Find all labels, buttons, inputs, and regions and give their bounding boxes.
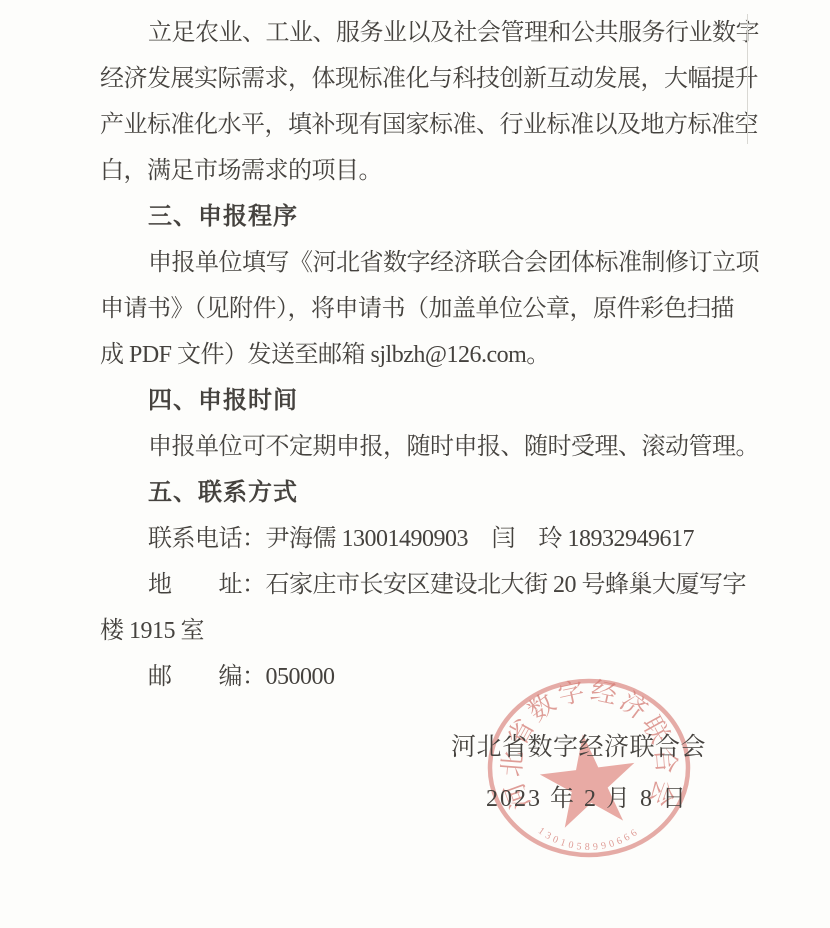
- scan-edge-artifact: [747, 14, 748, 144]
- paragraph-line: 申报单位可不定期申报，随时申报、随时受理、滚动管理。: [100, 420, 768, 466]
- paragraph-line: 申报单位填写《河北省数字经济联合会团体标准制修订立项: [100, 236, 768, 282]
- scanned-document-page: 立足农业、工业、服务业以及社会管理和公共服务行业数字 经济发展实际需求，体现标准…: [0, 0, 830, 928]
- signature-organization: 河北省数字经济联合会: [451, 727, 706, 763]
- paragraph-line: 申请书》（见附件），将申请书（加盖单位公章，原件彩色扫描: [100, 282, 768, 328]
- paragraph-line: 产业标准化水平，填补现有国家标准、行业标准以及地方标准空: [100, 98, 768, 144]
- paragraph-line: 经济发展实际需求，体现标准化与科技创新互动发展，大幅提升: [100, 52, 768, 98]
- paragraph-line: 立足农业、工业、服务业以及社会管理和公共服务行业数字: [100, 6, 768, 52]
- contact-address-line: 地 址：石家庄市长安区建设北大街 20 号蜂巢大厦写字: [100, 558, 768, 604]
- official-seal: 河北省数字经济联合会 1301058990666: [483, 676, 695, 872]
- section-heading-contact: 五、联系方式: [100, 466, 768, 512]
- signature-date: 2023 年 2 月 8 日: [486, 778, 688, 813]
- paragraph-line-email: 成 PDF 文件）发送至邮箱 sjlbzh@126.com。: [100, 328, 768, 374]
- paragraph-line: 白，满足市场需求的项目。: [100, 144, 768, 190]
- contact-address-line-2: 楼 1915 室: [100, 604, 768, 650]
- document-body: 立足农业、工业、服务业以及社会管理和公共服务行业数字 经济发展实际需求，体现标准…: [100, 6, 768, 696]
- section-heading-time: 四、申报时间: [100, 374, 768, 420]
- contact-phone-line: 联系电话：尹海儒 13001490903 闫 玲 18932949617: [100, 512, 768, 558]
- section-heading-procedure: 三、申报程序: [100, 190, 768, 236]
